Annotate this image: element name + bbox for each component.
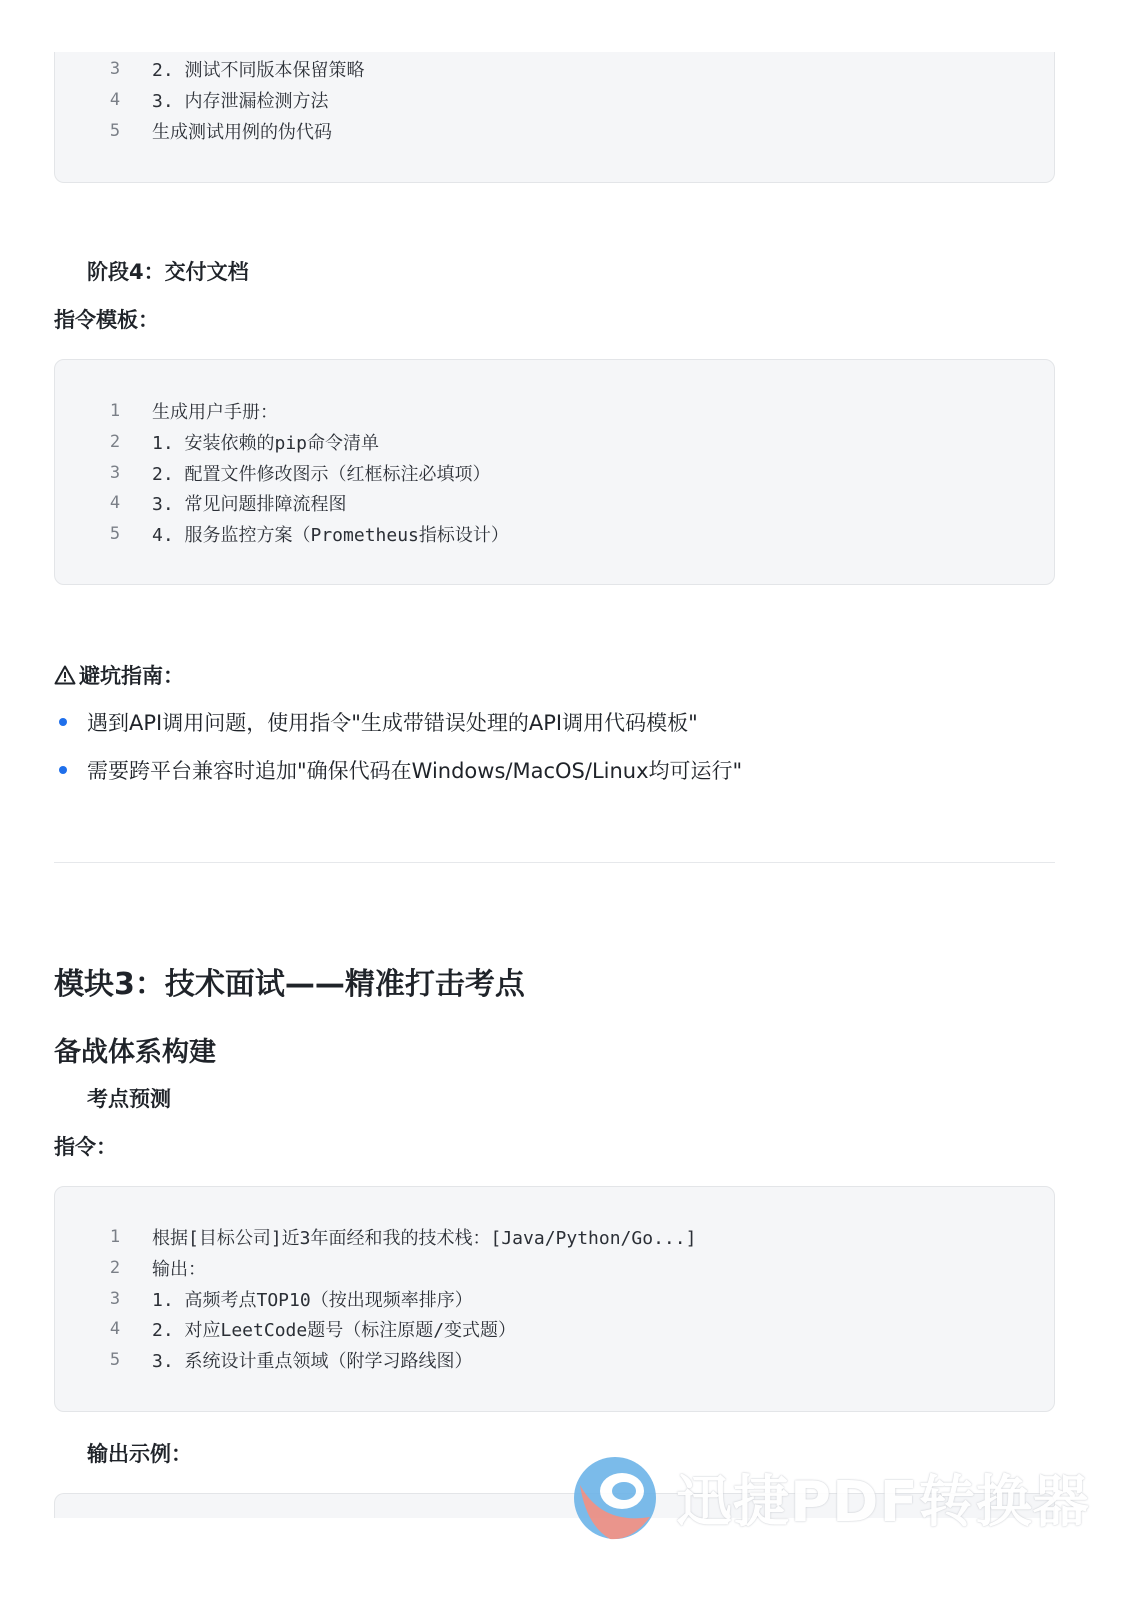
code-text: 1. 高频考点TOP10（按出现频率排序） [152, 1286, 473, 1312]
warning-icon [54, 665, 76, 685]
line-number: 3 [103, 463, 127, 483]
list-item-text: 遇到API调用问题，使用指令"生成带错误处理的API调用代码模板" [87, 707, 698, 737]
section-divider [54, 862, 1055, 863]
code-text: 3. 内存泄漏检测方法 [152, 87, 329, 113]
list-item: 需要跨平台兼容时追加"确保代码在Windows/MacOS/Linux均可运行" [54, 755, 742, 785]
line-number: 2 [103, 1258, 127, 1278]
stage4-heading: 阶段4：交付文档 [87, 256, 249, 286]
code-block-user-manual: 1 生成用户手册： 2 1. 安装依赖的pip命令清单 3 2. 配置文件修改图… [54, 359, 1055, 585]
bullet-icon [59, 766, 67, 774]
pitfall-guide-label: 避坑指南： [79, 664, 184, 688]
line-number: 5 [103, 524, 127, 544]
code-text: 生成测试用例的伪代码 [152, 118, 332, 144]
section-title: 备战体系构建 [54, 1030, 216, 1069]
output-example-label: 输出示例： [87, 1438, 192, 1468]
code-block-test-strategy: 3 2. 测试不同版本保留策略 4 3. 内存泄漏检测方法 5 生成测试用例的伪… [54, 52, 1055, 183]
code-text: 3. 系统设计重点领域（附学习路线图） [152, 1347, 473, 1373]
code-text: 根据[目标公司]近3年面经和我的技术栈：[Java/Python/Go...] [152, 1224, 696, 1250]
code-text: 2. 测试不同版本保留策略 [152, 56, 365, 82]
document-page: 3 2. 测试不同版本保留策略 4 3. 内存泄漏检测方法 5 生成测试用例的伪… [0, 0, 1130, 1600]
line-number: 3 [103, 59, 127, 79]
code-block-interview-prediction: 1 根据[目标公司]近3年面经和我的技术栈：[Java/Python/Go...… [54, 1186, 1055, 1412]
app-logo-icon [572, 1455, 658, 1541]
code-text: 3. 常见问题排障流程图 [152, 490, 347, 516]
code-text: 4. 服务监控方案（Prometheus指标设计） [152, 521, 509, 547]
list-item: 遇到API调用问题，使用指令"生成带错误处理的API调用代码模板" [54, 707, 698, 737]
code-text: 输出： [152, 1255, 206, 1281]
line-number: 1 [103, 401, 127, 421]
subsection-title: 考点预测 [87, 1083, 171, 1113]
line-number: 3 [103, 1289, 127, 1309]
code-text: 2. 配置文件修改图示（红框标注必填项） [152, 460, 491, 486]
line-number: 4 [103, 493, 127, 513]
code-text: 1. 安装依赖的pip命令清单 [152, 429, 379, 455]
pitfall-guide-title: 避坑指南： [54, 660, 184, 690]
line-number: 5 [103, 121, 127, 141]
watermark: 迅捷PDF转换器 [572, 1455, 1090, 1541]
instruction-label: 指令： [54, 1131, 117, 1161]
line-number: 5 [103, 1350, 127, 1370]
instruction-template-label: 指令模板： [54, 304, 159, 334]
line-number: 4 [103, 1319, 127, 1339]
line-number: 4 [103, 90, 127, 110]
bullet-icon [59, 718, 67, 726]
code-text: 生成用户手册： [152, 398, 278, 424]
watermark-text: 迅捷PDF转换器 [676, 1458, 1090, 1538]
module3-title: 模块3：技术面试——精准打击考点 [54, 959, 525, 1003]
line-number: 2 [103, 432, 127, 452]
list-item-text: 需要跨平台兼容时追加"确保代码在Windows/MacOS/Linux均可运行" [87, 755, 742, 785]
code-text: 2. 对应LeetCode题号（标注原题/变式题） [152, 1316, 516, 1342]
line-number: 1 [103, 1227, 127, 1247]
